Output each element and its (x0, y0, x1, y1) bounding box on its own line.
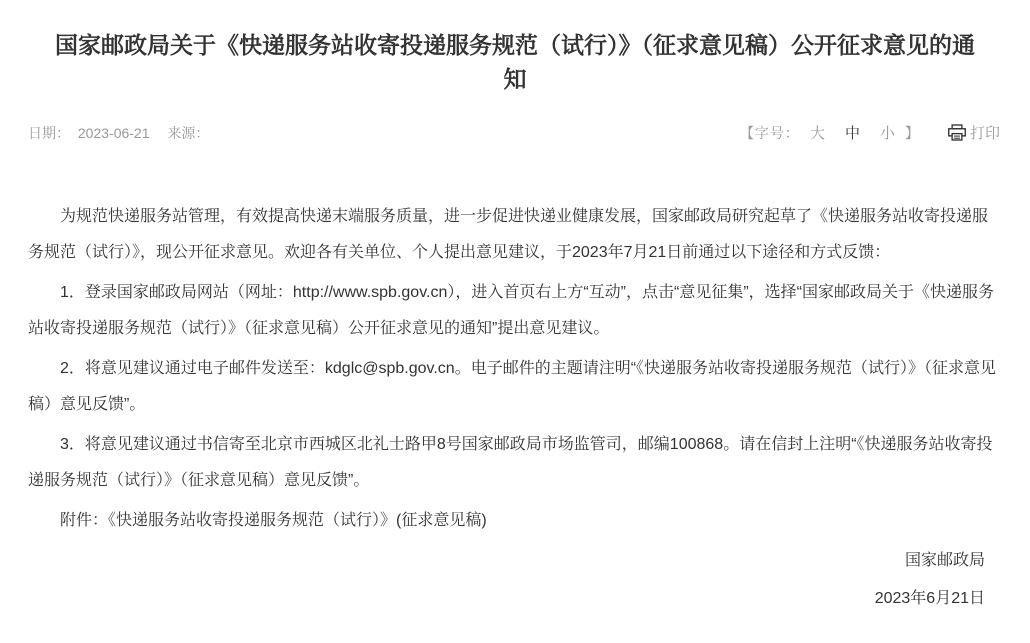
feedback-method-1: 1．登录国家邮政局网站（网址：http://www.spb.gov.cn），进入… (28, 275, 1000, 347)
page-title: 国家邮政局关于《快递服务站收寄投递服务规范（试行）》（征求意见稿）公开征求意见的… (45, 28, 985, 96)
signature-block: 国家邮政局 2023年6月21日 (0, 543, 985, 617)
feedback-method-2: 2．将意见建议通过电子邮件发送至：kdglc@spb.gov.cn。电子邮件的主… (28, 351, 1000, 423)
date-value: 2023-06-21 (78, 125, 150, 141)
feedback-method-3: 3．将意见建议通过书信寄至北京市西城区北礼士路甲8号国家邮政局市场监管司，邮编1… (28, 427, 1000, 499)
fontsize-suffix: 】 (905, 123, 920, 143)
intro-paragraph: 为规范快递服务站管理，有效提高快递末端服务质量，进一步促进快递业健康发展，国家邮… (28, 199, 1000, 271)
signature-org: 国家邮政局 (0, 543, 985, 579)
fontsize-medium-button[interactable]: 中 (845, 122, 860, 143)
printer-icon (948, 124, 966, 141)
fontsize-small-button[interactable]: 小 (880, 122, 895, 143)
signature-date: 2023年6月21日 (0, 581, 985, 617)
fontsize-prefix: 【字号： (740, 123, 800, 143)
print-label: 打印 (970, 122, 1000, 143)
page-tools: 【字号： 大 中 小 】 打印 (740, 122, 1000, 143)
meta-bar: 日期： 2023-06-21 来源： 【字号： 大 中 小 】 打印 (28, 122, 1000, 143)
attachment-line: 附件：《快递服务站收寄投递服务规范（试行）》(征求意见稿) (28, 503, 1000, 539)
source-label: 来源： (167, 125, 209, 141)
meta-info: 日期： 2023-06-21 来源： (28, 123, 217, 143)
fontsize-large-button[interactable]: 大 (810, 122, 825, 143)
print-button[interactable]: 打印 (948, 122, 1000, 143)
notice-page: 国家邮政局关于《快递服务站收寄投递服务规范（试行）》（征求意见稿）公开征求意见的… (0, 0, 1030, 643)
article-body: 为规范快递服务站管理，有效提高快递末端服务质量，进一步促进快递业健康发展，国家邮… (28, 199, 1000, 539)
date-label: 日期： (28, 125, 70, 141)
